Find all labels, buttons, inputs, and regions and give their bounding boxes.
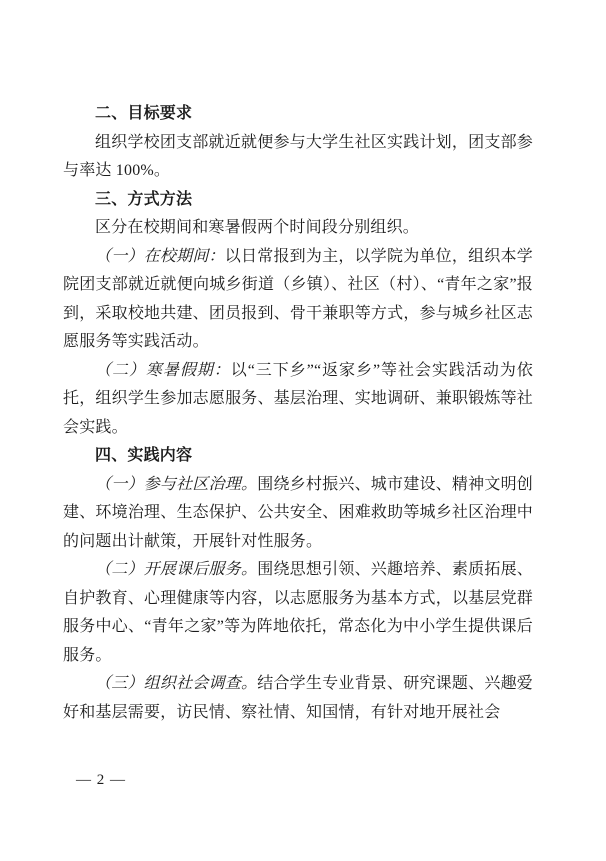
paragraph-lead: （二）开展课后服务。 (95, 561, 257, 578)
paragraph-lead: （二）寒暑假期： (95, 362, 231, 379)
paragraph-goals-body: 组织学校团支部就近就便参与大学生社区实践计划，团支部参与率达 100%。 (63, 129, 533, 186)
paragraph-method-vacation: （二）寒暑假期：以“三下乡”“返家乡”等社会实践活动为依托，组织学生参加志愿服务… (63, 357, 533, 443)
document-page: 二、目标要求 组织学校团支部就近就便参与大学生社区实践计划，团支部参与率达 10… (0, 0, 606, 861)
paragraph-afterschool-services: （二）开展课后服务。围绕思想引领、兴趣培养、素质拓展、自护教育、心理健康等内容，… (63, 556, 533, 670)
section-heading-practice-content: 四、实践内容 (63, 442, 533, 471)
section-heading-methods: 三、方式方法 (63, 186, 533, 215)
paragraph-methods-intro: 区分在校期间和寒暑假两个时间段分别组织。 (63, 214, 533, 243)
paragraph-lead: （三）组织社会调查。 (95, 675, 257, 692)
section-heading-goals: 二、目标要求 (63, 100, 533, 129)
paragraph-community-governance: （一）参与社区治理。围绕乡村振兴、城市建设、精神文明创建、环境治理、生态保护、公… (63, 471, 533, 557)
paragraph-method-during-school: （一）在校期间：以日常报到为主，以学院为单位，组织本学院团支部就近就便向城乡街道… (63, 243, 533, 357)
document-body: 二、目标要求 组织学校团支部就近就便参与大学生社区实践计划，团支部参与率达 10… (63, 100, 533, 727)
page-number: — 2 — (76, 772, 126, 789)
paragraph-social-survey: （三）组织社会调查。结合学生专业背景、研究课题、兴趣爱好和基层需要，访民情、察社… (63, 670, 533, 727)
paragraph-lead: （一）参与社区治理。 (95, 476, 257, 493)
paragraph-lead: （一）在校期间： (95, 248, 225, 265)
